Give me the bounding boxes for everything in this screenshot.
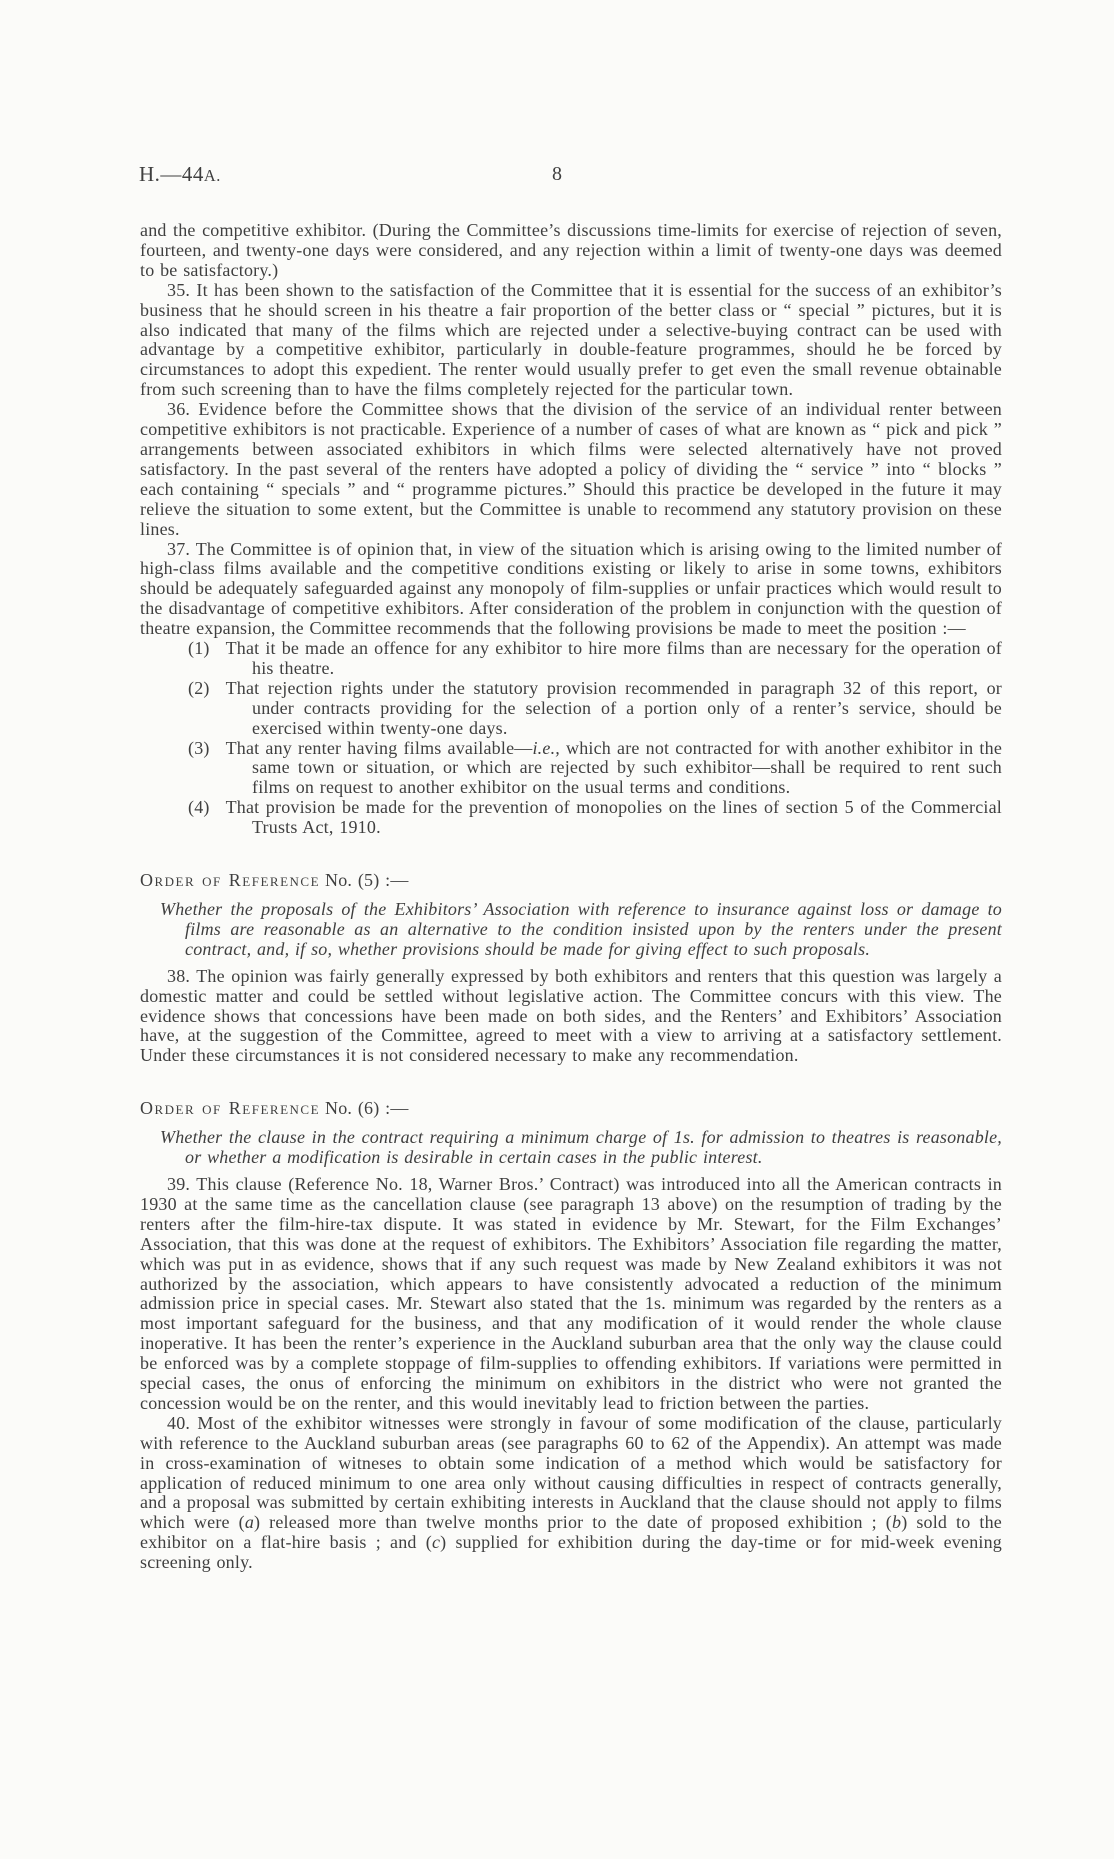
provision-item-4: (4)That provision be made for the preven… — [140, 798, 1002, 838]
order-6-heading-number: No. (6) :— — [325, 1098, 409, 1118]
order-6-question: Whether the clause in the contract requi… — [140, 1128, 1002, 1168]
paragraph-39: 39. This clause (Reference No. 18, Warne… — [140, 1175, 1002, 1414]
provision-marker-4: (4) — [188, 797, 210, 817]
page-number: 8 — [0, 163, 1114, 186]
document-page: H.—44A. 8 and the competitive exhibitor.… — [0, 0, 1114, 1859]
provision-marker-1: (1) — [188, 638, 210, 658]
order-5-question: Whether the proposals of the Exhibitors’… — [140, 900, 1002, 960]
order-6-heading: Order of ReferenceNo. (6) :— — [140, 1099, 1002, 1119]
provision-marker-3: (3) — [188, 738, 210, 758]
provisions-list: (1)That it be made an offence for any ex… — [140, 639, 1002, 838]
order-5-heading-smallcaps: Order of Reference — [140, 870, 320, 890]
paragraph-38: 38. The opinion was fairly generally exp… — [140, 967, 1002, 1067]
order-of-reference-6-section: Order of ReferenceNo. (6) :— Whether the… — [140, 1099, 1002, 1168]
paragraph-35: 35. It has been shown to the satisfactio… — [140, 281, 1002, 400]
order-5-heading-number: No. (5) :— — [325, 870, 409, 890]
provision-text-3: That any renter having films available—i… — [226, 738, 1002, 798]
paragraph-36: 36. Evidence before the Committee shows … — [140, 400, 1002, 539]
paragraph-37: 37. The Committee is of opinion that, in… — [140, 540, 1002, 640]
provision-item-2: (2)That rejection rights under the statu… — [140, 679, 1002, 739]
provision-text-4: That provision be made for the preventio… — [226, 797, 1002, 837]
page-body: and the competitive exhibitor. (During t… — [140, 221, 1002, 1573]
paragraph-40: 40. Most of the exhibitor witnesses were… — [140, 1414, 1002, 1573]
order-5-heading: Order of ReferenceNo. (5) :— — [140, 871, 1002, 891]
provision-marker-2: (2) — [188, 678, 210, 698]
order-of-reference-5-section: Order of ReferenceNo. (5) :— Whether the… — [140, 871, 1002, 960]
provision-text-1: That it be made an offence for any exhib… — [226, 638, 1002, 678]
provision-item-3: (3)That any renter having films availabl… — [140, 739, 1002, 799]
provision-item-1: (1)That it be made an offence for any ex… — [140, 639, 1002, 679]
paragraph-continuation: and the competitive exhibitor. (During t… — [140, 221, 1002, 281]
order-6-heading-smallcaps: Order of Reference — [140, 1098, 320, 1118]
provision-text-2: That rejection rights under the statutor… — [226, 678, 1002, 738]
